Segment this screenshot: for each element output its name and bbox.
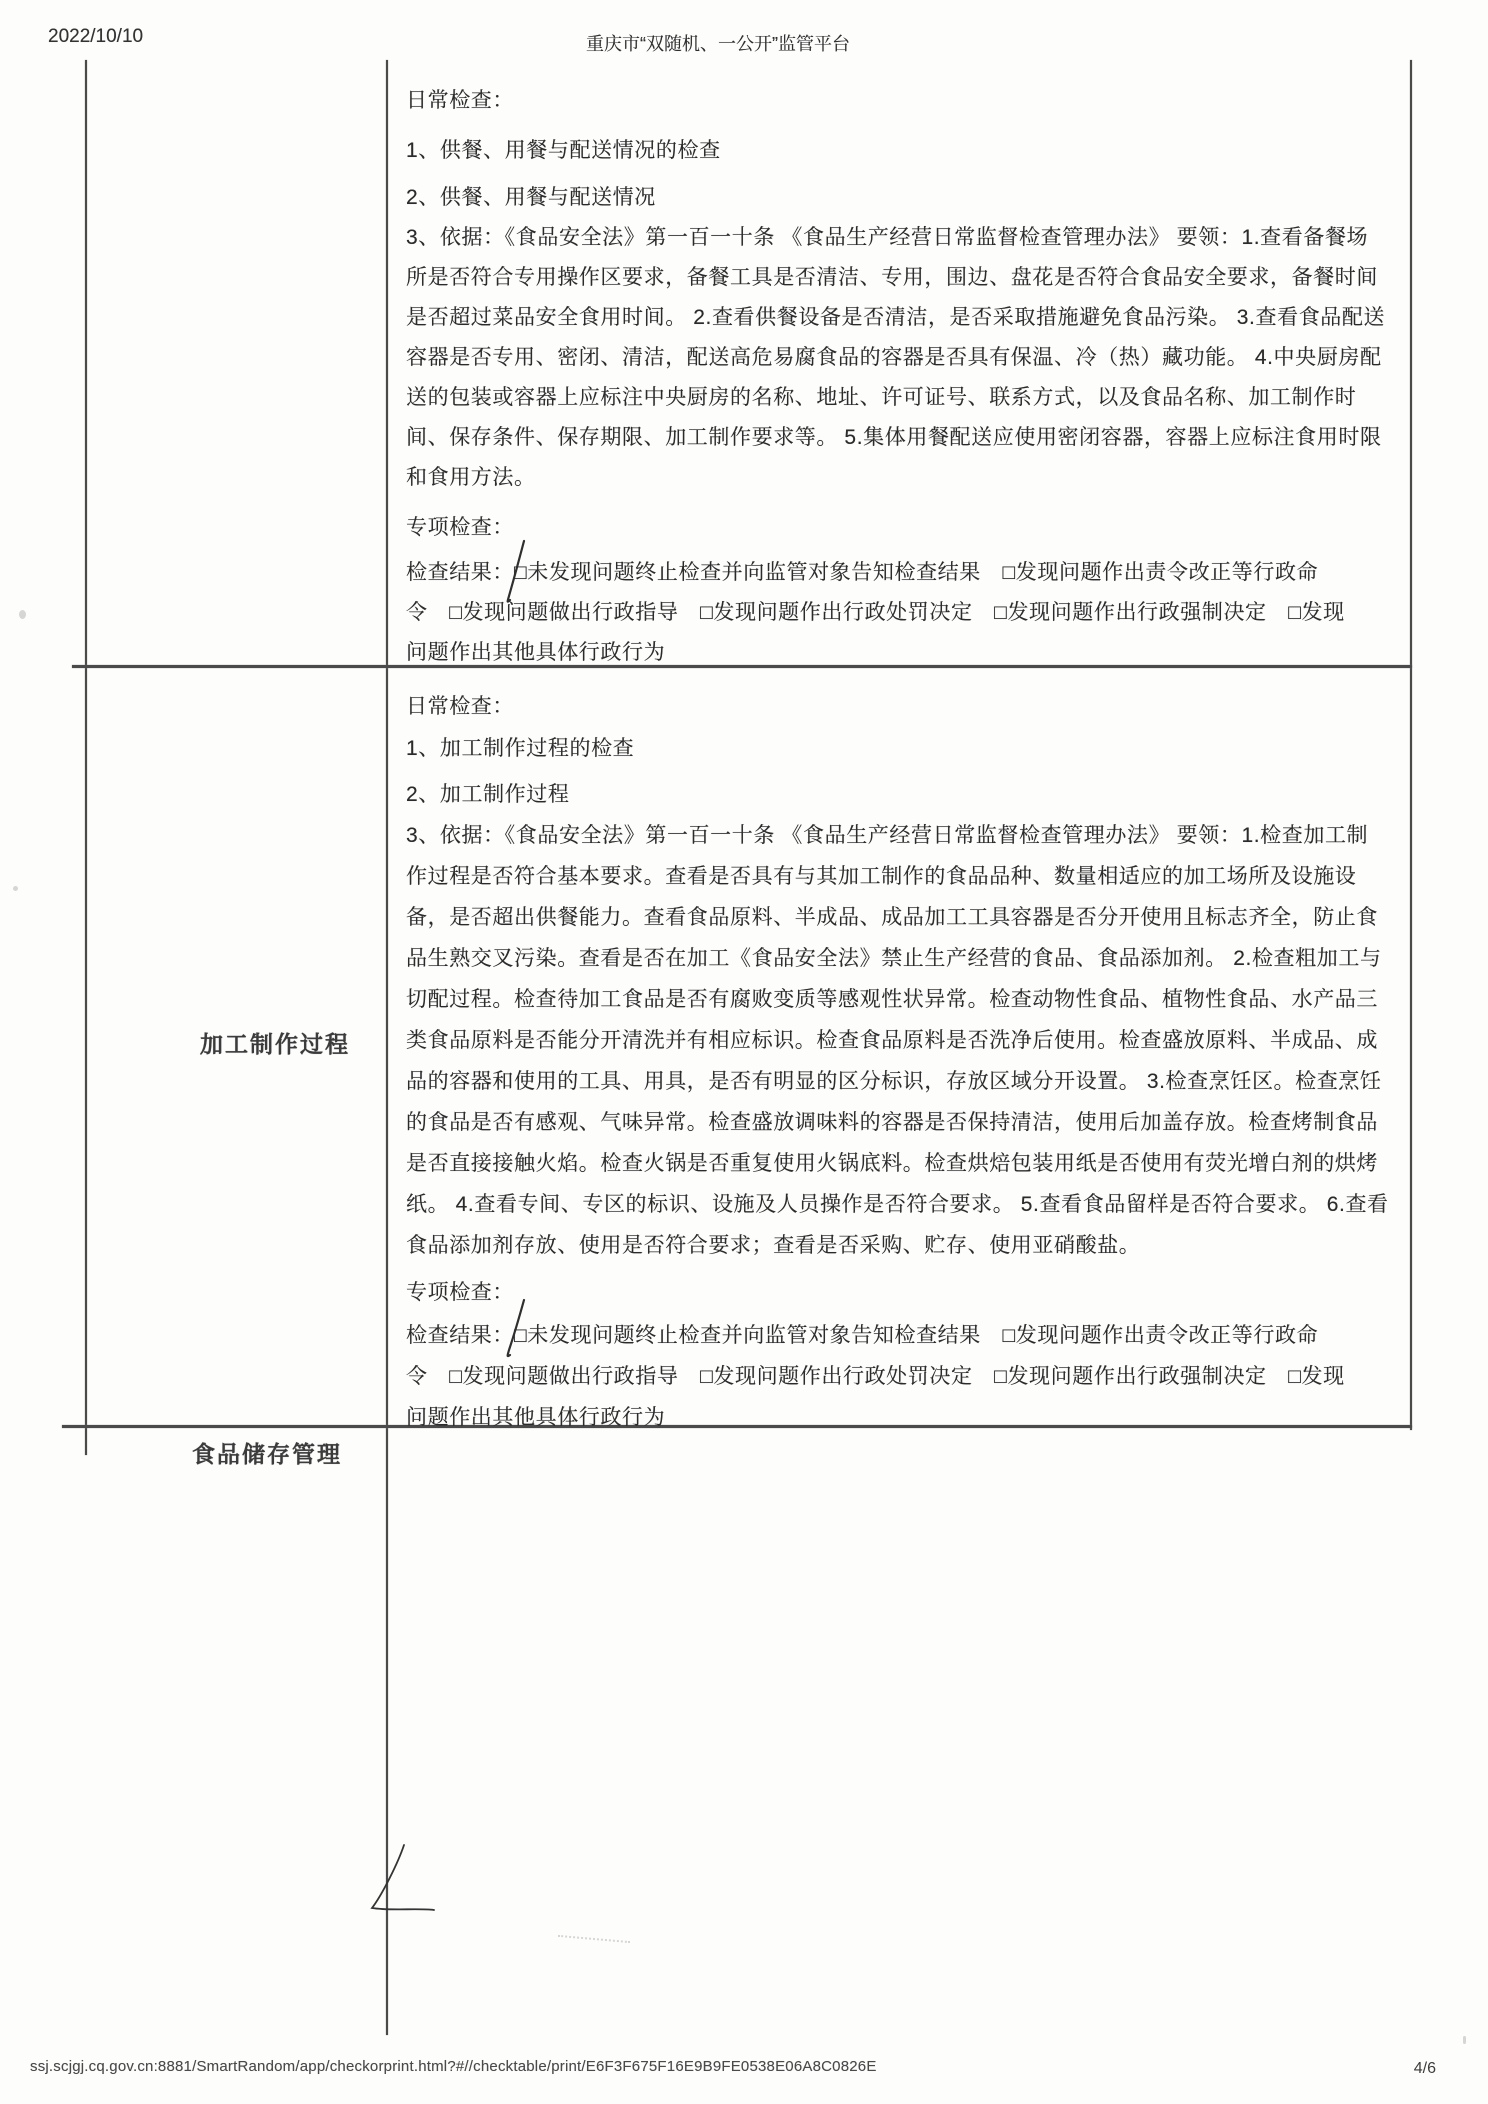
scan-speck: [13, 886, 18, 891]
text-line: 和食用方法。: [406, 458, 1408, 498]
text-line: 容器是否专用、密闭、清洁，配送高危易腐食品的容器是否具有保温、冷（热）藏功能。 …: [406, 338, 1408, 378]
text-line: 食品添加剂存放、使用是否符合要求；查看是否采购、贮存、使用亚硝酸盐。: [406, 1225, 1408, 1266]
text-line: 的食品是否有感观、气味异常。检查盛放调味料的容器是否保持清洁，使用后加盖存放。检…: [406, 1102, 1408, 1143]
table-border-right: [1410, 60, 1412, 1430]
text-line: 作过程是否符合基本要求。查看是否具有与其加工制作的食品品种、数量相适应的加工场所…: [406, 856, 1408, 897]
text-line: 所是否符合专用操作区要求，备餐工具是否清洁、专用，围边、盘花是否符合食品安全要求…: [406, 258, 1408, 298]
cell-supply-delivery-check: 日常检查： 1、供餐、用餐与配送情况的检查 2、供餐、用餐与配送情况 3、依据：…: [406, 60, 1408, 673]
text-line: 间、保存条件、保存期限、加工制作要求等。 5.集体用餐配送应使用密闭容器，容器上…: [406, 418, 1408, 458]
table-border-left: [85, 60, 87, 1455]
handwritten-scribble-4: [368, 1843, 444, 1921]
text-line: 纸。 4.查看专间、专区的标识、设施及人员操作是否符合要求。 5.查看食品留样是…: [406, 1184, 1408, 1225]
text-line: 日常检查：: [406, 686, 1408, 727]
footer-page-number: 4/6: [1414, 2060, 1436, 2078]
text-line: 是否超过菜品安全食用时间。 2.查看供餐设备是否清洁，是否采取措施避免食品污染。…: [406, 298, 1408, 338]
scan-speck: [19, 610, 26, 619]
text-line: 2、供餐、用餐与配送情况: [406, 178, 1408, 218]
text-line: 2、加工制作过程: [406, 774, 1408, 815]
text-line: 3、依据：《食品安全法》第一百一十条 《食品生产经营日常监督检查管理办法》 要领…: [406, 815, 1408, 856]
text-line: 检查结果：□未发现问题终止检查并向监管对象告知检查结果 □发现问题作出责令改正等…: [406, 1315, 1408, 1356]
text-line: 1、加工制作过程的检查: [406, 728, 1408, 769]
text-line: 日常检查：: [406, 81, 1408, 121]
faint-pencil-dash: [558, 1935, 630, 1943]
text-line: 检查结果：□未发现问题终止检查并向监管对象告知检查结果 □发现问题作出责令改正等…: [406, 553, 1408, 593]
text-line: 3、依据：《食品安全法》第一百一十条 《食品生产经营日常监督检查管理办法》 要领…: [406, 218, 1408, 258]
text-line: 送的包装或容器上应标注中央厨房的名称、地址、许可证号、联系方式，以及食品名称、加…: [406, 378, 1408, 418]
footer-url: ssj.scjgj.cq.gov.cn:8881/SmartRandom/app…: [30, 2058, 877, 2075]
scanned-document-page: 2022/10/10 重庆市“双随机、一公开”监管平台 加工制作过程 食品储存管…: [0, 0, 1488, 2104]
text-line: 问题作出其他具体行政行为: [406, 1397, 1408, 1438]
text-line: 令 □发现问题做出行政指导 □发现问题作出行政处罚决定 □发现问题作出行政强制决…: [406, 593, 1408, 633]
cell-processing-check: 日常检查： 1、加工制作过程的检查 2、加工制作过程 3、依据：《食品安全法》第…: [406, 668, 1408, 1438]
text-line: 令 □发现问题做出行政指导 □发现问题作出行政处罚决定 □发现问题作出行政强制决…: [406, 1356, 1408, 1397]
header-title: 重庆市“双随机、一公开”监管平台: [0, 30, 1462, 56]
scan-speck: [1463, 2036, 1466, 2044]
text-line: 1、供餐、用餐与配送情况的检查: [406, 131, 1408, 171]
text-line: 品生熟交叉污染。查看是否在加工《食品安全法》禁止生产经营的食品、食品添加剂。 2…: [406, 938, 1408, 979]
text-line: 切配过程。检查待加工食品是否有腐败变质等感观性状异常。检查动物性食品、植物性食品…: [406, 979, 1408, 1020]
text-line: 专项检查：: [406, 1272, 1408, 1313]
text-line: 问题作出其他具体行政行为: [406, 633, 1408, 673]
text-line: 品的容器和使用的工具、用具，是否有明显的区分标识，存放区域分开设置。 3.检查烹…: [406, 1061, 1408, 1102]
text-line: 备，是否超出供餐能力。查看食品原料、半成品、成品加工工具容器是否分开使用且标志齐…: [406, 897, 1408, 938]
text-line: 类食品原料是否能分开清洗并有相应标识。检查食品原料是否洗净后使用。检查盛放原料、…: [406, 1020, 1408, 1061]
text-line: 是否直接接触火焰。检查火锅是否重复使用火锅底料。检查烘焙包装用纸是否使用有荧光增…: [406, 1143, 1408, 1184]
text-line: 专项检查：: [406, 508, 1408, 548]
row-label-storage: 食品储存管理: [152, 1436, 382, 1469]
row-label-processing: 加工制作过程: [160, 1026, 390, 1059]
